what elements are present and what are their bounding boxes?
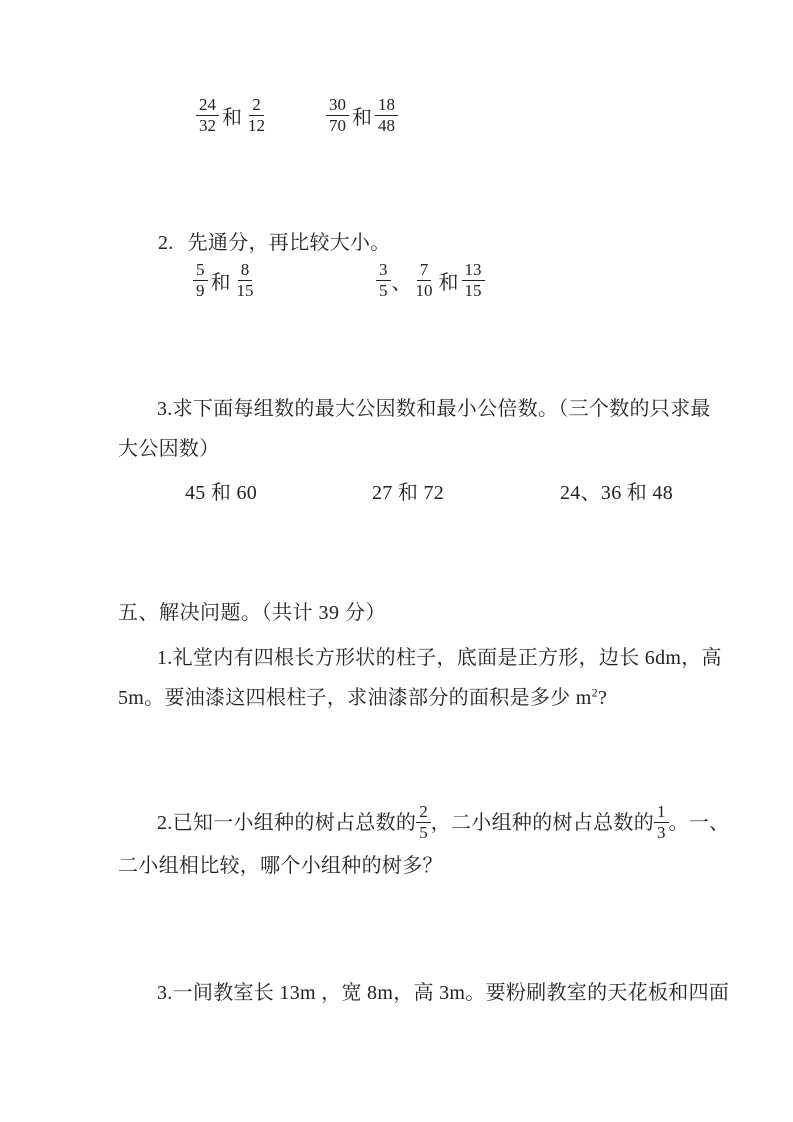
section5-heading: 五、解决问题。（共计 39 分） bbox=[118, 601, 386, 625]
fraction-numerator: 13 bbox=[462, 260, 485, 281]
fraction: 7 10 bbox=[413, 260, 436, 301]
fraction: 2 5 bbox=[416, 802, 431, 843]
fraction-denominator: 3 bbox=[654, 823, 669, 843]
fraction-denominator: 15 bbox=[462, 281, 485, 301]
fraction-denominator: 32 bbox=[196, 116, 219, 136]
fraction-numerator: 8 bbox=[238, 260, 253, 281]
fraction-numerator: 1 bbox=[654, 802, 669, 823]
problem2-text-3: 。一、 bbox=[669, 811, 730, 835]
fraction-numerator: 5 bbox=[193, 260, 208, 281]
fraction-denominator: 10 bbox=[413, 281, 436, 301]
fraction-numerator: 2 bbox=[416, 802, 431, 823]
item2-heading: 2.先通分，再比较大小。 bbox=[158, 231, 391, 255]
fraction-numerator: 3 bbox=[376, 260, 391, 281]
fraction: 18 48 bbox=[375, 95, 398, 136]
fraction-pair-1: 24 32 和 2 12 bbox=[196, 95, 268, 136]
fraction-numerator: 24 bbox=[196, 95, 219, 116]
problem3-line1: 3.一间教室长 13m ，宽 8m，高 3m。要粉刷教室的天花板和四面 bbox=[157, 981, 729, 1005]
conjunction-text: 和 bbox=[352, 101, 372, 130]
fraction-numerator: 30 bbox=[326, 95, 349, 116]
fraction: 13 15 bbox=[462, 260, 485, 301]
problem2-text-2: ，二小组种的树占总数的 bbox=[431, 811, 654, 835]
item3-line2: 大公因数） bbox=[118, 437, 220, 461]
fraction: 2 12 bbox=[245, 95, 268, 136]
problem1-line1: 1.礼堂内有四根长方形状的柱子，底面是正方形，边长 6dm，高 bbox=[157, 646, 722, 670]
fraction-denominator: 9 bbox=[193, 281, 208, 301]
fraction-denominator: 48 bbox=[375, 116, 398, 136]
fraction-denominator: 70 bbox=[326, 116, 349, 136]
item2-title: 先通分，再比较大小。 bbox=[188, 232, 391, 254]
problem1-line2-text: 5m。要油漆这四根柱子，求油漆部分的面积是多少 m bbox=[118, 687, 592, 709]
fraction: 30 70 bbox=[326, 95, 349, 136]
worksheet-page: 24 32 和 2 12 30 70 和 18 48 2.先通分，再比较大小。 bbox=[0, 0, 793, 1122]
fraction-denominator: 5 bbox=[376, 281, 391, 301]
fraction-numerator: 2 bbox=[249, 95, 264, 116]
number-pair-2: 27 和 72 bbox=[372, 481, 444, 505]
number-pair-3: 24、36 和 48 bbox=[560, 481, 673, 505]
fraction-denominator: 12 bbox=[245, 116, 268, 136]
conjunction-text: 和 bbox=[211, 266, 231, 295]
list-separator: 、 bbox=[392, 266, 412, 295]
problem1-line2: 5m。要油漆这四根柱子，求油漆部分的面积是多少 m2? bbox=[118, 686, 607, 710]
problem2-text-1: 2.已知一小组种的树占总数的 bbox=[157, 811, 416, 835]
fraction-pair-2: 30 70 和 18 48 bbox=[326, 95, 398, 136]
fraction: 1 3 bbox=[654, 802, 669, 843]
fraction-denominator: 5 bbox=[416, 823, 431, 843]
fraction: 8 15 bbox=[234, 260, 257, 301]
item2-fraction-group-1: 5 9 和 8 15 bbox=[193, 260, 257, 301]
fraction: 24 32 bbox=[196, 95, 219, 136]
number-pair-1: 45 和 60 bbox=[185, 481, 257, 505]
fraction: 3 5 bbox=[376, 260, 391, 301]
problem2-line1: 2.已知一小组种的树占总数的 2 5 ，二小组种的树占总数的 1 3 。一、 bbox=[157, 799, 729, 846]
conjunction-text: 和 bbox=[222, 101, 242, 130]
fraction-numerator: 18 bbox=[375, 95, 398, 116]
item3-line1: 3.求下面每组数的最大公因数和最小公倍数。（三个数的只求最 bbox=[157, 397, 711, 421]
fraction-denominator: 15 bbox=[234, 281, 257, 301]
item2-fraction-group-2: 3 5 、 7 10 和 13 15 bbox=[376, 260, 485, 301]
fraction-numerator: 7 bbox=[417, 260, 432, 281]
problem1-line2-tail: ? bbox=[598, 687, 607, 709]
problem2-line2: 二小组相比较，哪个小组种的树多？ bbox=[118, 854, 443, 878]
reduce-fractions-row: 24 32 和 2 12 30 70 和 18 48 bbox=[196, 95, 398, 136]
fraction: 5 9 bbox=[193, 260, 208, 301]
item2-number: 2. bbox=[158, 232, 174, 254]
conjunction-text: 和 bbox=[439, 266, 459, 295]
